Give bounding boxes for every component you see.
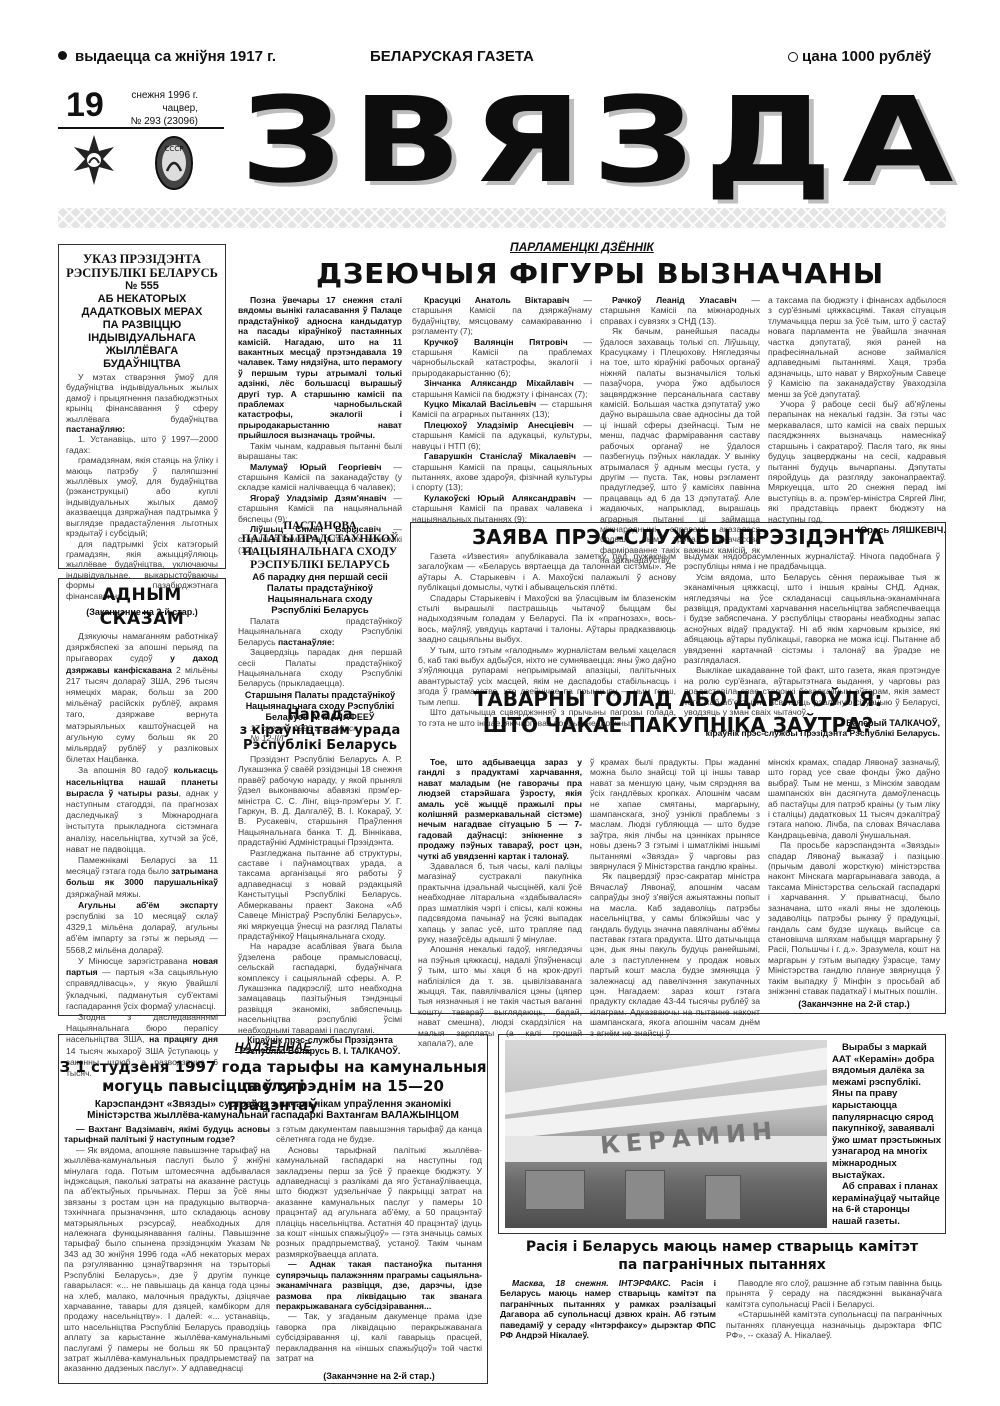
ceramin-caption: Вырабы з маркай ААТ «Керамін» добра вядо… [832,1042,942,1228]
brief-item: Памежнікамі Беларусі за 11 месяцаў гэтаг… [66,855,218,900]
tariffs-col-2: з гэтым дакументам павышэння тарыфаў да … [276,1124,482,1382]
statement-title: ЗАЯВА ПРЭС-СЛУЖБЫ ПРЭЗІДЭНТА [410,524,946,550]
parliament-col-2: Красуцкі Анатоль Віктаравіч — старшыня К… [412,295,592,524]
since-line: выдаецца са жніўня 1917 г. [58,48,276,65]
goods-col-1: Тое, што адбываецца зараз у гандлі з пра… [418,757,582,1048]
order-star-icon [72,133,116,193]
goods-continued-link[interactable]: (Заканчэнне на 2-й стар.) [768,999,940,1009]
border-title-2: па пагранічных пытаннях [498,1256,946,1274]
svg-text:СССР: СССР [165,145,184,153]
parliament-col-4: а таксама па бюджэту і фінансах адбылося… [768,295,946,536]
issue-info: снежня 1996 г. чацвер, № 293 (23096) [118,89,198,128]
parliament-headline: ДЗЕЮЧЫЯ ФІГУРЫ ВЫЗНАЧАНЫ [316,258,884,290]
brief-box: АДНЫМ СКАЗАМ Дзякуючы намаганням работні… [58,578,226,1016]
masthead-rule [58,127,224,129]
goods-title-2: ШТО ЧАКАЕ ПАКУПНІКА ЗАЎТРА? [410,712,946,738]
border-col-2: Паводле яго слоў, рашэнне аб гэтым павін… [726,1278,942,1340]
tariffs-continued-link[interactable]: (Заканчэнне на 2-й стар.) [276,1371,482,1381]
ceramin-building-photo: КЕРАМИН [505,1040,827,1228]
meeting: Нарада з кіраўніцтвам урада Рэспублікі Б… [238,706,402,1057]
goods-title-1: ТАВАРНЫ ГОЛАД АБО ДАРАГОЎЛЯ: [410,686,946,712]
tariffs-rubric: НАДЗЁННАЕ [58,1040,488,1054]
tariffs-col-1: — Вахтанг Вадзімавіч, якімі будуць аснов… [64,1124,270,1374]
goods-col-2: ў крамах былі прадукты. Пры жаданні можн… [590,757,760,1038]
issue-day: 19 [66,88,104,122]
decree-box: УКАЗ ПРЭЗІДЭНТА РЭСПУБЛІКІ БЕЛАРУСЬ № 55… [58,244,226,569]
decree-body: У мэтах стварэння ўмоў для будаўніцтва і… [66,372,218,601]
newspaper-logo: ЗВЯЗДА [240,80,963,200]
border-title-1: Расія і Беларусь маюць намер стварыць ка… [498,1238,946,1256]
ornament-band [58,208,946,228]
tagline: БЕЛАРУСКАЯ ГАЗЕТА [370,48,534,65]
brief-body: Дзякуючы намаганням работнікаў дзяржбясп… [66,631,218,1079]
goods-col-3: мінскіх крамах, спадар Лявонаў зазначыў,… [768,757,940,1010]
bullet-icon [58,51,67,60]
parliament-col-1: Позна ўвечары 17 снежня сталі вядомы вын… [238,295,402,555]
circle-icon [788,52,798,62]
brief-item: Агульны аб'ём экспарту рэспублікі за 10 … [66,900,218,956]
brief-item: Дзякуючы намаганням работнікаў дзяржбясп… [66,631,218,765]
price-line: цана 1000 рублёў [788,48,931,65]
brief-item: У Мінюсце зарэгістравана новая партыя — … [66,956,218,1012]
order-cccp-icon: СССР [152,133,196,193]
border-col-1: Масква, 18 снежня. ІНТЭРФАКС. Расія і Бе… [500,1278,716,1340]
parliament-rubric: ПАРЛАМЕНЦКІ ДЗЁННІК [510,240,654,254]
brief-item: За апошнія 80 гадоў колькасць насельніцт… [66,765,218,855]
